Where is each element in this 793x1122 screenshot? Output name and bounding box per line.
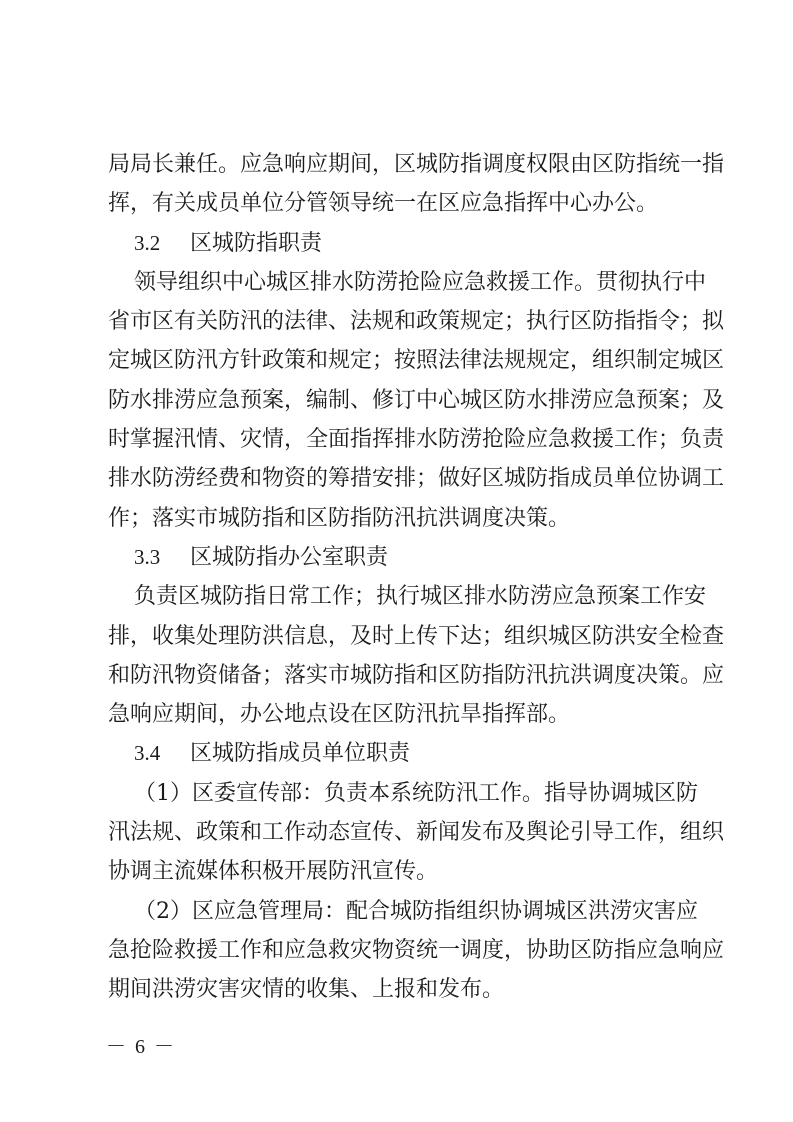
text-line: 急响应期间，办公地点设在区防汛抗旱指挥部。 [108,695,692,734]
text-line: 防水排涝应急预案，编制、修订中心城区防水排涝应急预案；及 [108,381,692,420]
section-title: 区城防指办公室职责 [190,545,388,570]
section-heading-3-4: 3.4区城防指成员单位职责 [108,734,692,773]
section-number: 3.3 [134,538,190,577]
text-line: （2）区应急管理局：配合城防指组织协调城区洪涝灾害应 [108,892,692,931]
text-line: 时掌握汛情、灾情，全面指挥排水防涝抢险应急救援工作；负责 [108,420,692,459]
paragraph-3-2: 领导组织中心城区排水防涝抢险应急救援工作。贯彻执行中 省市区有关防汛的法律、法规… [108,263,692,538]
text-line: 挥，有关成员单位分管领导统一在区应急指挥中心办公。 [108,184,692,223]
document-page: 局局长兼任。应急响应期间，区城防指调度权限由区防指统一指 挥，有关成员单位分管领… [108,145,692,1010]
text-line: 领导组织中心城区排水防涝抢险应急救援工作。贯彻执行中 [108,263,692,302]
text-line: 和防汛物资储备；落实市城防指和区防指防汛抗洪调度决策。应 [108,656,692,695]
text-line: （1）区委宣传部：负责本系统防汛工作。指导协调城区防 [108,774,692,813]
section-number: 3.4 [134,734,190,773]
text-line: 协调主流媒体积极开展防汛宣传。 [108,852,692,891]
section-heading-3-3: 3.3区城防指办公室职责 [108,538,692,577]
text-line: 汛法规、政策和工作动态宣传、新闻发布及舆论引导工作，组织 [108,813,692,852]
text-line: 急抢险救援工作和应急救灾物资统一调度，协助区防指应急响应 [108,931,692,970]
section-number: 3.2 [134,224,190,263]
text-line: 定城区防汛方针政策和规定；按照法律法规规定，组织制定城区 [108,341,692,380]
text-line: 省市区有关防汛的法律、法规和政策规定；执行区防指指令；拟 [108,302,692,341]
section-title: 区城防指成员单位职责 [190,741,410,766]
text-line: 期间洪涝灾害灾情的收集、上报和发布。 [108,970,692,1009]
text-line: 排，收集处理防洪信息，及时上传下达；组织城区防洪安全检查 [108,617,692,656]
list-item-2: （2）区应急管理局：配合城防指组织协调城区洪涝灾害应 急抢险救援工作和应急救灾物… [108,892,692,1010]
text-line: 负责区城防指日常工作；执行城区排水防涝应急预案工作安 [108,577,692,616]
page-number: － 6 － [106,1030,176,1059]
text-line: 局局长兼任。应急响应期间，区城防指调度权限由区防指统一指 [108,145,692,184]
text-line: 作；落实市城防指和区防指防汛抗洪调度决策。 [108,499,692,538]
section-title: 区城防指职责 [190,231,322,256]
paragraph-3-3: 负责区城防指日常工作；执行城区排水防涝应急预案工作安 排，收集处理防洪信息，及时… [108,577,692,734]
list-item-1: （1）区委宣传部：负责本系统防汛工作。指导协调城区防 汛法规、政策和工作动态宣传… [108,774,692,892]
paragraph-continuation: 局局长兼任。应急响应期间，区城防指调度权限由区防指统一指 挥，有关成员单位分管领… [108,145,692,224]
text-line: 排水防涝经费和物资的筹措安排；做好区城防指成员单位协调工 [108,459,692,498]
section-heading-3-2: 3.2区城防指职责 [108,224,692,263]
